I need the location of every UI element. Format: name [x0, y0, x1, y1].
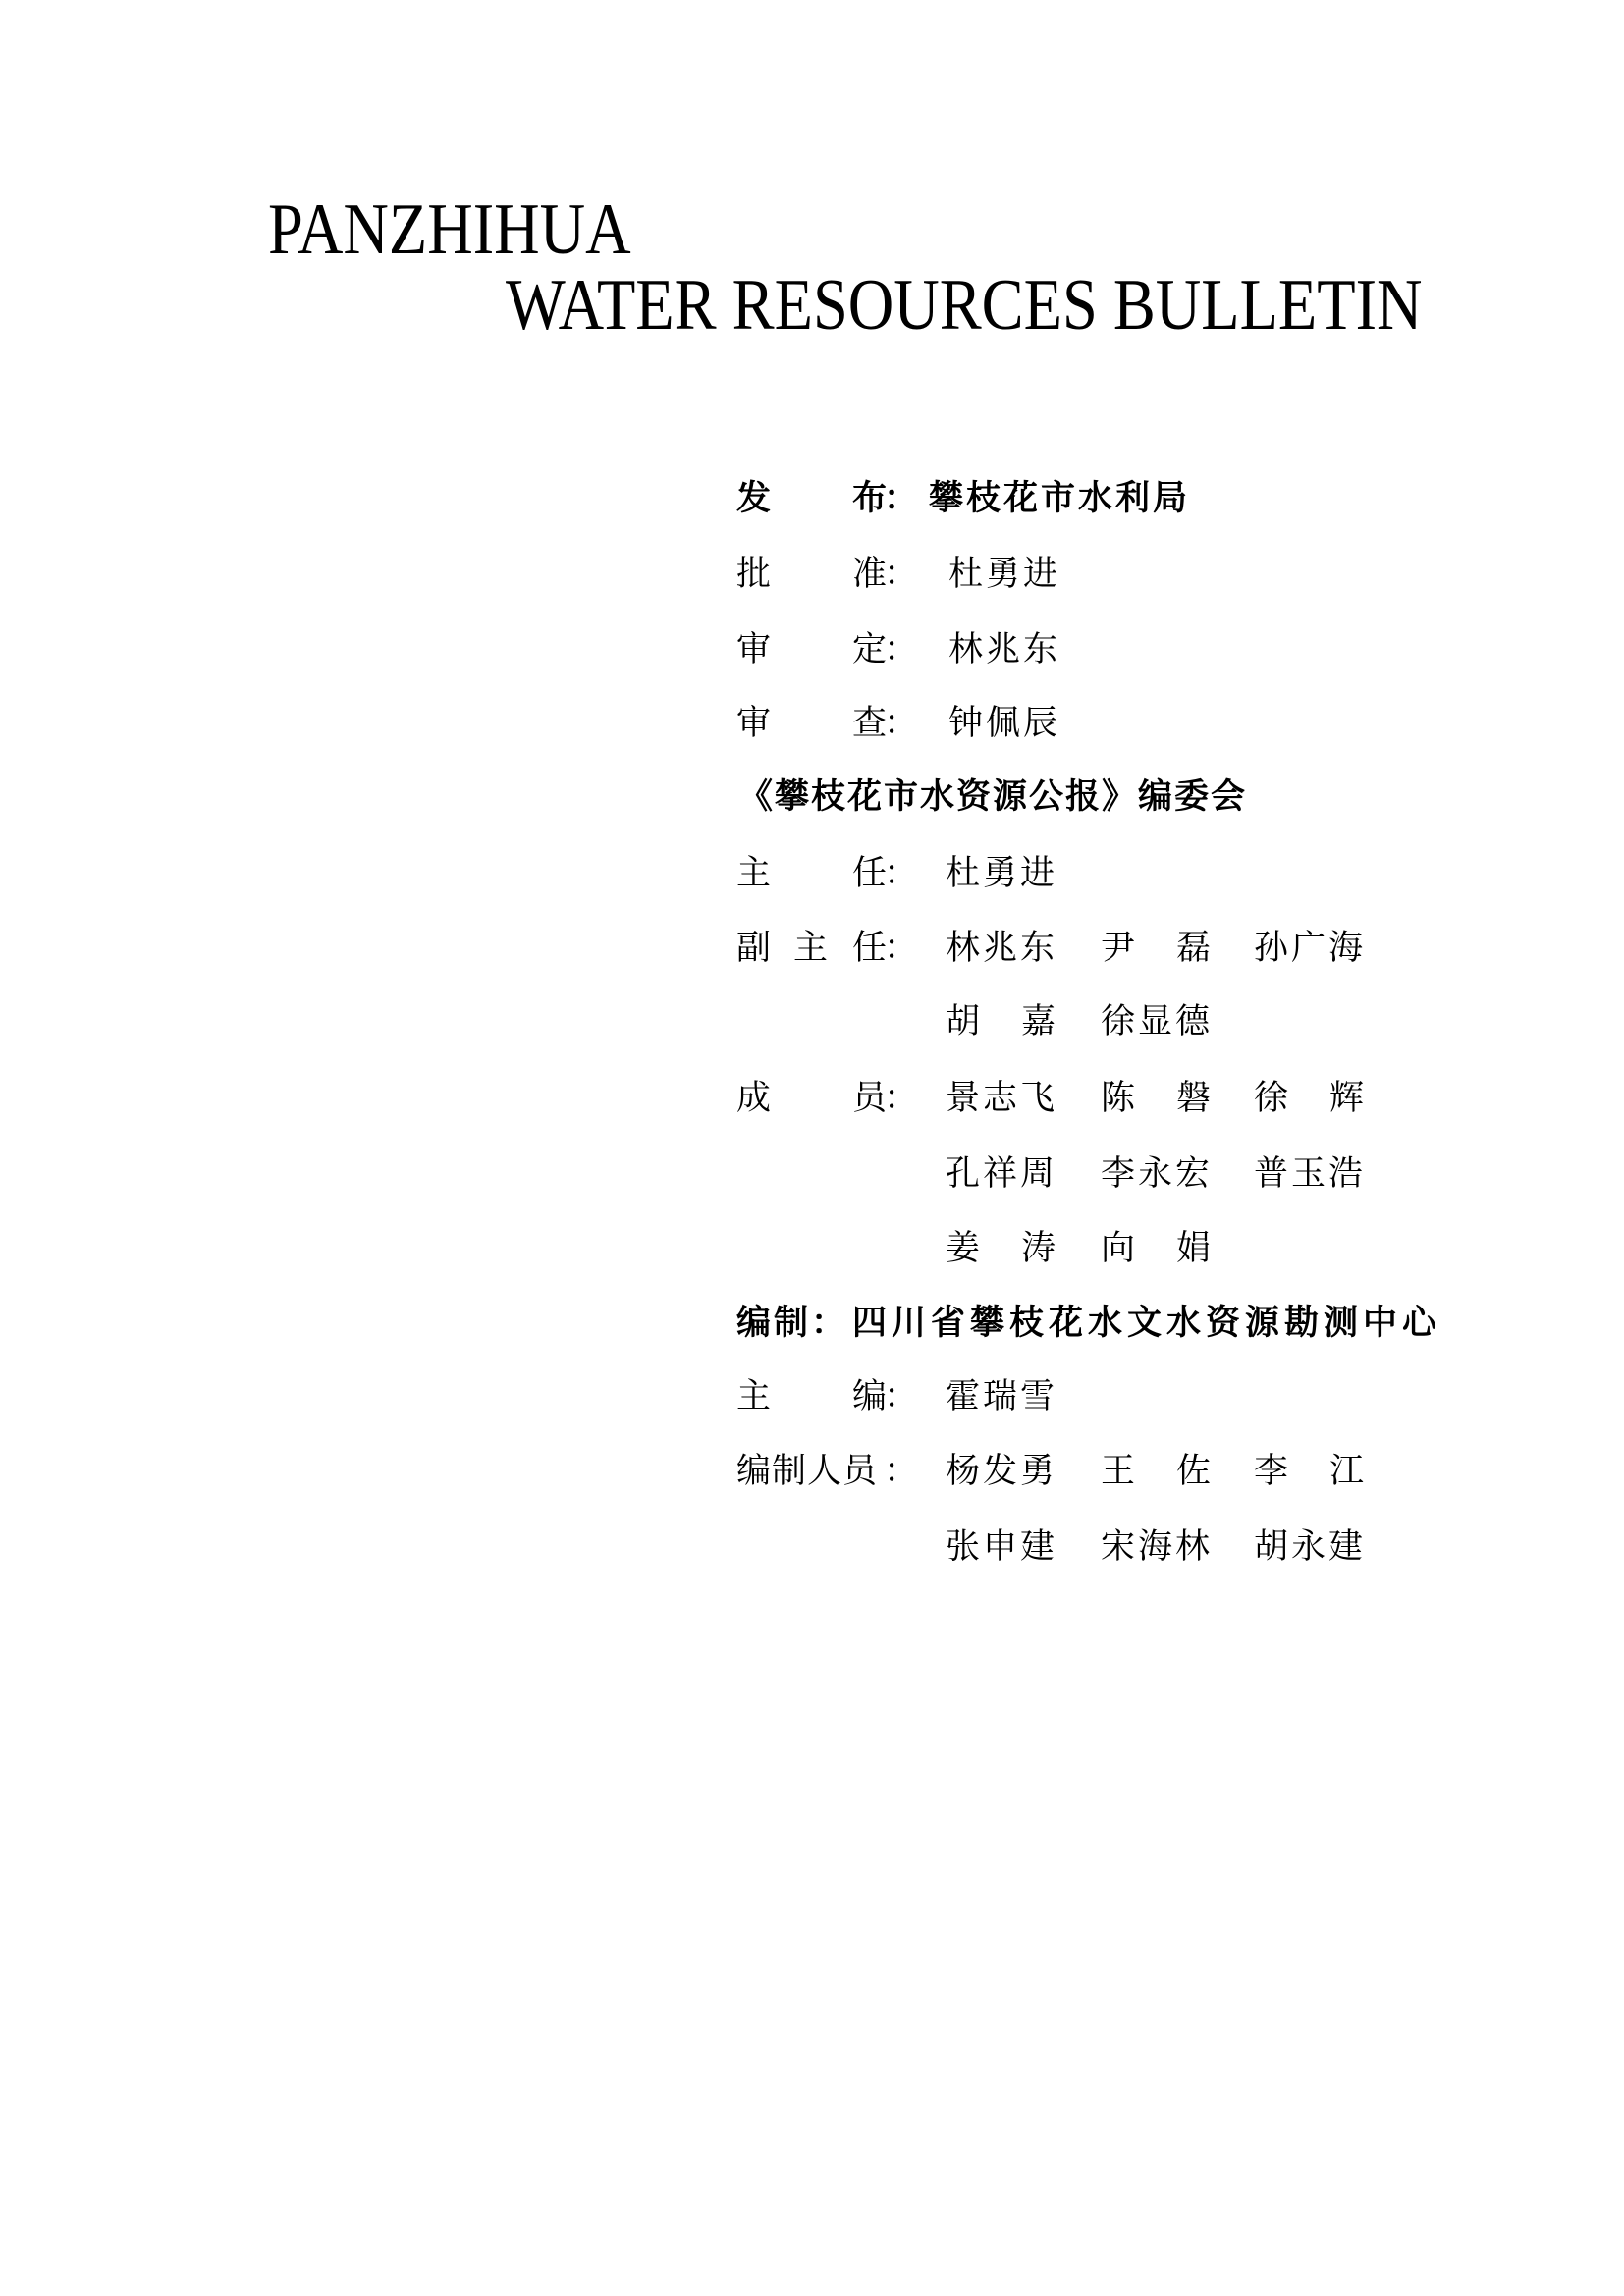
person-name: 景志飞: [946, 1077, 1057, 1120]
label-char: 准: [852, 553, 887, 596]
person-name: 杜勇进: [946, 852, 1057, 895]
label-char: 布: [852, 477, 887, 520]
label-char: 编: [852, 1375, 887, 1418]
label-colon: ：: [811, 1302, 845, 1345]
label-char: 审: [736, 702, 771, 745]
label-char: 任: [852, 852, 887, 895]
title-line-1: PANZHIHUA: [268, 193, 631, 266]
person-name: 宋海林: [1101, 1525, 1213, 1569]
person-name: 普玉浩: [1254, 1152, 1366, 1196]
reviewer-value: 钟佩辰: [948, 702, 1060, 745]
person-name: 李永宏: [1101, 1152, 1213, 1196]
person-name: 孙广海: [1254, 927, 1366, 970]
label-char: 主: [793, 927, 828, 970]
label-char: 审: [736, 628, 771, 671]
staff-label: 编制人员: [736, 1450, 878, 1493]
label-char: 定: [852, 628, 887, 671]
person-name: 胡永建: [1254, 1525, 1366, 1569]
person-name: 王佐: [1101, 1450, 1252, 1493]
publisher-value: 攀枝花市水利局: [929, 477, 1190, 520]
label-colon: ：: [884, 702, 918, 745]
label-char: 主: [736, 1375, 771, 1418]
label-colon: ：: [884, 1077, 918, 1120]
document-page: PANZHIHUA WATER RESOURCES BULLETIN 发 布 ：…: [0, 0, 1624, 2296]
approver-value: 杜勇进: [948, 553, 1060, 596]
finalizer-value: 林兆东: [948, 628, 1060, 671]
person-name: 胡嘉: [946, 1000, 1097, 1043]
person-name: 张申建: [946, 1525, 1057, 1569]
label-char: 批: [736, 553, 771, 596]
person-name: 林兆东: [946, 927, 1057, 970]
label-char: 成: [736, 1077, 771, 1120]
label-colon: ：: [884, 927, 918, 970]
person-name: 徐显德: [1101, 1000, 1213, 1043]
person-name: 杨发勇: [946, 1450, 1057, 1493]
committee-heading: 《攀枝花市水资源公报》编委会: [738, 775, 1247, 819]
person-name: 姜涛: [946, 1227, 1097, 1270]
label-char: 任: [852, 927, 887, 970]
label-colon: ：: [884, 1450, 918, 1493]
label-char: 员: [852, 1077, 887, 1120]
label-colon: ：: [884, 553, 918, 596]
compilation-label: 编制: [736, 1302, 811, 1345]
label-colon: ：: [884, 852, 918, 895]
label-char: 查: [852, 702, 887, 745]
label-char: 主: [736, 852, 771, 895]
label-char: 副: [736, 927, 771, 970]
person-name: 李江: [1254, 1450, 1405, 1493]
person-name: 尹磊: [1101, 927, 1252, 970]
person-name: 向娟: [1101, 1227, 1252, 1270]
person-name: 陈磐: [1101, 1077, 1252, 1120]
label-char: 发: [736, 477, 771, 520]
label-colon: ：: [884, 1375, 918, 1418]
person-name: 霍瑞雪: [946, 1375, 1057, 1418]
title-line-2: WATER RESOURCES BULLETIN: [506, 269, 1423, 342]
label-colon: ：: [884, 628, 918, 671]
label-colon: ：: [884, 477, 918, 520]
person-name: 孔祥周: [946, 1152, 1057, 1196]
compilation-organization: 四川省攀枝花水文水资源勘测中心: [852, 1302, 1441, 1345]
person-name: 徐辉: [1254, 1077, 1405, 1120]
